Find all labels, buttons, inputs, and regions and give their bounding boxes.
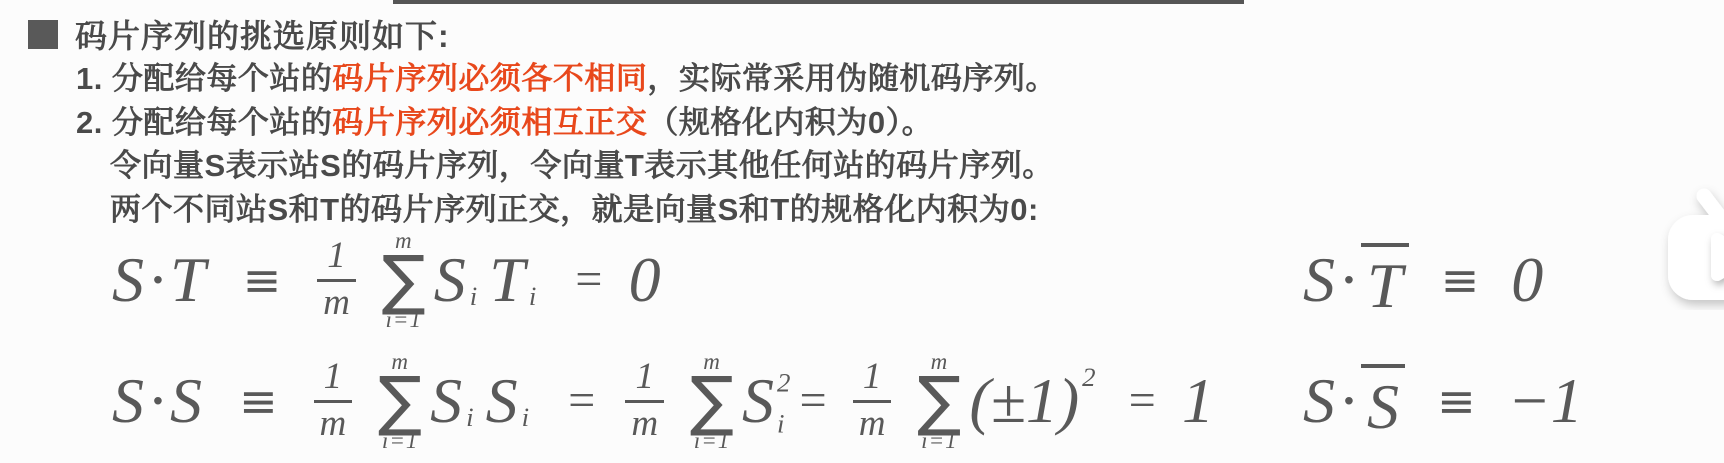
list-item-1-prefix: 分配给每个站的 — [112, 61, 333, 96]
plus-minus-one-parenthesized: (±1) — [969, 369, 1079, 433]
paragraph-vectors: 令向量S表示站S的码片序列，令向量T表示其他任何站的码片序列。 — [110, 140, 1054, 185]
paragraph-orthogonal: 两个不同站S和T的码片序列正交，就是向量S和T的规格化内积为0: — [110, 184, 1039, 229]
superscript-two: 2 — [1082, 363, 1095, 390]
fraction-denominator: m — [625, 403, 664, 444]
equiv-sign: ≡ — [1441, 257, 1480, 303]
equals-sign: = — [565, 377, 597, 425]
list-item-1-number: 1. — [76, 61, 103, 96]
sigma-icon: ∑ — [690, 375, 734, 427]
formula-lhs: S·S — [112, 369, 207, 433]
term-s-subscript: i — [470, 283, 477, 310]
equiv-sign: ≡ — [1437, 378, 1476, 424]
term-s-subscript: i — [466, 404, 473, 431]
list-item-1-highlight: 码片序列必须各不相同 — [332, 61, 647, 96]
equiv-sign: ≡ — [243, 257, 282, 303]
fraction-numerator: 1 — [853, 358, 892, 403]
fraction-one-over-m: 1 m — [314, 358, 353, 444]
sigma-icon: ∑ — [378, 375, 422, 427]
term-s-subscript: i — [522, 404, 529, 431]
list-item-1: 1.分配给每个站的码片序列必须各不相同，实际常采用伪随机码序列。 — [76, 53, 1057, 98]
summation-symbol: m ∑ i=1 — [690, 348, 734, 453]
bilibili-tv-play-icon[interactable] — [1650, 184, 1724, 310]
heading-row: 码片序列的挑选原则如下: — [28, 11, 450, 57]
square-bullet-icon — [28, 20, 58, 49]
term-s-squared-scripts: 2 i — [777, 369, 790, 438]
equals-sign: = — [572, 256, 604, 304]
sigma-icon: ∑ — [917, 375, 961, 427]
summation-lower-limit: i=1 — [382, 427, 418, 454]
fraction-denominator: m — [314, 403, 353, 444]
fraction-one-over-m: 1 m — [853, 358, 892, 444]
term-s: S — [430, 369, 462, 433]
subscript-i: i — [777, 411, 784, 438]
fraction-one-over-m: 1 m — [317, 237, 356, 323]
list-item-1-suffix: ，实际常采用伪随机码序列。 — [647, 61, 1057, 96]
formula-ss-inner-product: S·S ≡ 1 m m ∑ i=1 S i S i = 1 m m ∑ i=1 … — [112, 347, 1214, 455]
list-item-2: 2.分配给每个站的码片序列必须相互正交（规格化内积为0）。 — [76, 97, 933, 142]
formula-rhs: 0 — [629, 248, 661, 312]
fraction-denominator: m — [853, 403, 892, 444]
term-s: S — [434, 248, 466, 312]
formula-st-bar: S· T ≡ 0 — [1303, 226, 1543, 334]
formula-lhs: S·T — [112, 248, 211, 312]
summation-lower-limit: i=1 — [921, 427, 957, 454]
fraction-one-over-m: 1 m — [625, 358, 664, 444]
formula-lhs: S· — [1303, 248, 1361, 312]
equiv-sign: ≡ — [239, 378, 278, 424]
formula-st-inner-product: S·T ≡ 1 m m ∑ i=1 S i T i = 0 — [112, 226, 661, 334]
equals-sign: = — [796, 377, 828, 425]
term-s: S — [486, 369, 518, 433]
page-title: 码片序列的挑选原则如下: — [75, 11, 450, 57]
summation-symbol: m ∑ i=1 — [917, 348, 961, 453]
term-t: T — [489, 248, 525, 312]
fraction-denominator: m — [317, 282, 356, 323]
formula-rhs: 0 — [1511, 248, 1543, 312]
equals-sign: = — [1126, 377, 1158, 425]
superscript-two: 2 — [777, 369, 790, 396]
list-item-2-highlight: 码片序列必须相互正交 — [332, 105, 647, 140]
term-s-squared: S — [742, 369, 774, 433]
summation-symbol: m ∑ i=1 — [378, 348, 422, 453]
s-with-overbar: S — [1361, 364, 1405, 439]
list-item-2-prefix: 分配给每个站的 — [112, 105, 333, 140]
term-t-subscript: i — [529, 283, 536, 310]
formula-rhs: 1 — [1182, 369, 1214, 433]
list-item-2-suffix: （规格化内积为0）。 — [647, 105, 933, 140]
summation-symbol: m ∑ i=1 — [382, 227, 426, 332]
list-item-2-number: 2. — [76, 105, 103, 140]
formula-ss-bar: S· S ≡ −1 — [1303, 347, 1583, 455]
sigma-icon: ∑ — [382, 254, 426, 306]
slide-page: { "page": { "bg": "#fcfcfc" }, "colors":… — [0, 0, 1724, 463]
fraction-numerator: 1 — [625, 358, 664, 403]
summation-lower-limit: i=1 — [386, 306, 422, 333]
t-with-overbar: T — [1361, 243, 1409, 318]
summation-lower-limit: i=1 — [694, 427, 730, 454]
formula-rhs: −1 — [1508, 369, 1583, 433]
formula-lhs: S· — [1303, 369, 1361, 433]
fraction-numerator: 1 — [314, 358, 353, 403]
top-edge-bar — [393, 0, 1244, 4]
fraction-numerator: 1 — [317, 237, 356, 282]
